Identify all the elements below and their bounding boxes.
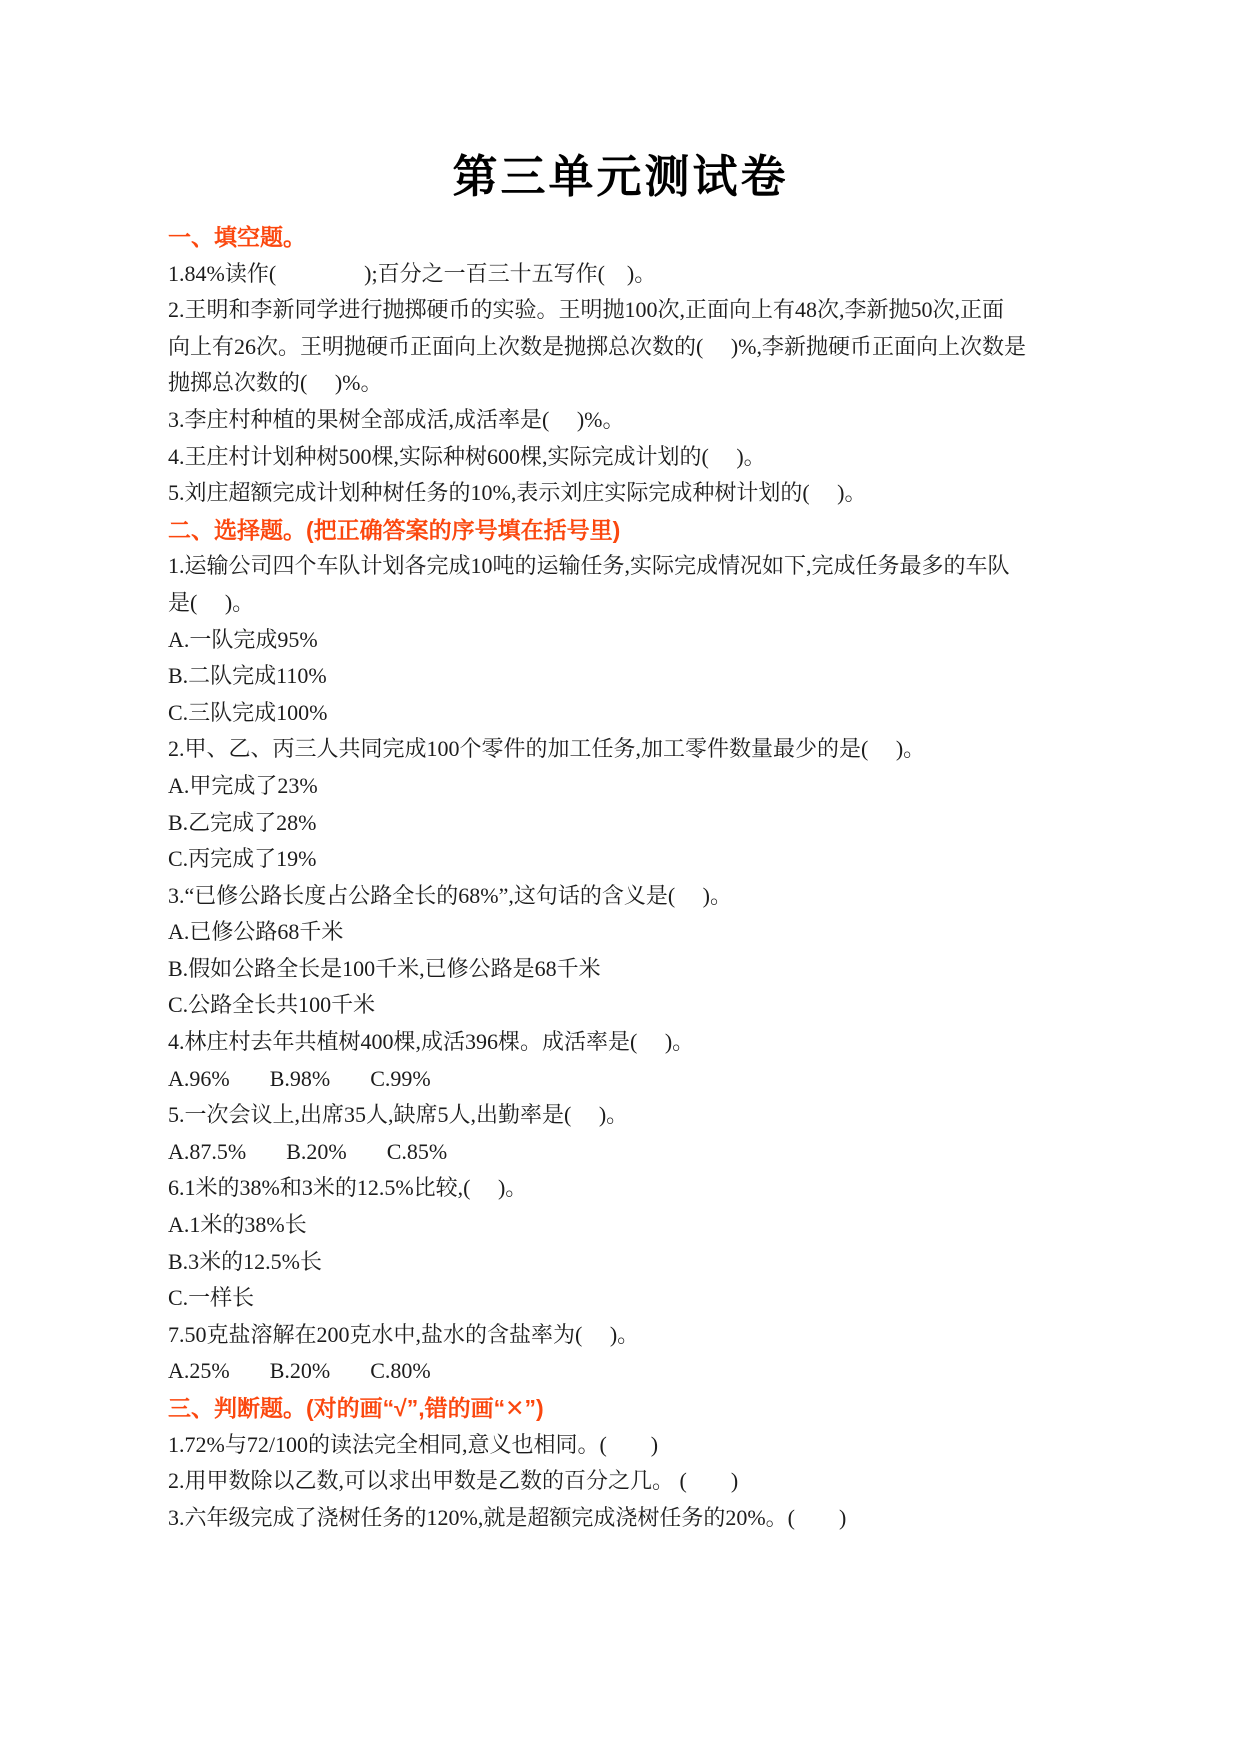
text-line: 4.王庄村计划种树500棵,实际种树600棵,实际完成计划的( )。 <box>168 439 1091 476</box>
options-row: A.87.5%B.20%C.85% <box>168 1134 1091 1171</box>
test-paper-page: 第三单元测试卷 一、填空题。1.84%读作( );百分之一百三十五写作( )。2… <box>0 0 1241 1754</box>
text-line: 1.72%与72/100的读法完全相同,意义也相同。( ) <box>168 1427 1091 1464</box>
page-title: 第三单元测试卷 <box>0 150 1241 203</box>
section-heading: 三、判断题。(对的画“√”,错的画“✕”) <box>168 1390 1091 1427</box>
options-row: A.96%B.98%C.99% <box>168 1061 1091 1098</box>
text-line: B.3米的12.5%长 <box>168 1244 1091 1281</box>
text-line: A.一队完成95% <box>168 622 1091 659</box>
text-line: 抛掷总次数的( )%。 <box>168 365 1091 402</box>
option-item: B.20% <box>286 1134 347 1171</box>
text-line: 2.王明和李新同学进行抛掷硬币的实验。王明抛100次,正面向上有48次,李新抛5… <box>168 292 1091 329</box>
text-line: B.乙完成了28% <box>168 805 1091 842</box>
option-item: B.98% <box>270 1061 331 1098</box>
text-line: A.1米的38%长 <box>168 1207 1091 1244</box>
text-line: 5.一次会议上,出席35人,缺席5人,出勤率是( )。 <box>168 1097 1091 1134</box>
option-item: A.25% <box>168 1353 230 1390</box>
text-line: 3.六年级完成了浇树任务的120%,就是超额完成浇树任务的20%。( ) <box>168 1500 1091 1537</box>
text-line: 7.50克盐溶解在200克水中,盐水的含盐率为( )。 <box>168 1317 1091 1354</box>
text-line: 向上有26次。王明抛硬币正面向上次数是抛掷总次数的( )%,李新抛硬币正面向上次… <box>168 329 1091 366</box>
text-line: 4.林庄村去年共植树400棵,成活396棵。成活率是( )。 <box>168 1024 1091 1061</box>
option-item: A.96% <box>168 1061 230 1098</box>
text-line: 5.刘庄超额完成计划种树任务的10%,表示刘庄实际完成种树计划的( )。 <box>168 475 1091 512</box>
text-line: 是( )。 <box>168 585 1091 622</box>
text-line: B.假如公路全长是100千米,已修公路是68千米 <box>168 951 1091 988</box>
options-row: A.25%B.20%C.80% <box>168 1353 1091 1390</box>
text-line: 3.李庄村种植的果树全部成活,成活率是( )%。 <box>168 402 1091 439</box>
text-line: A.已修公路68千米 <box>168 914 1091 951</box>
text-line: A.甲完成了23% <box>168 768 1091 805</box>
text-line: C.丙完成了19% <box>168 841 1091 878</box>
text-line: B.二队完成110% <box>168 658 1091 695</box>
document-body: 一、填空题。1.84%读作( );百分之一百三十五写作( )。2.王明和李新同学… <box>168 219 1091 1536</box>
option-item: B.20% <box>270 1353 331 1390</box>
option-item: C.85% <box>387 1134 448 1171</box>
text-line: 2.用甲数除以乙数,可以求出甲数是乙数的百分之几。 ( ) <box>168 1463 1091 1500</box>
option-item: C.99% <box>370 1061 431 1098</box>
option-item: A.87.5% <box>168 1134 246 1171</box>
text-line: 1.84%读作( );百分之一百三十五写作( )。 <box>168 256 1091 293</box>
section-heading: 一、填空题。 <box>168 219 1091 256</box>
text-line: C.公路全长共100千米 <box>168 987 1091 1024</box>
section-heading: 二、选择题。(把正确答案的序号填在括号里) <box>168 512 1091 549</box>
text-line: C.一样长 <box>168 1280 1091 1317</box>
text-line: 1.运输公司四个车队计划各完成10吨的运输任务,实际完成情况如下,完成任务最多的… <box>168 548 1091 585</box>
text-line: 2.甲、乙、丙三人共同完成100个零件的加工任务,加工零件数量最少的是( )。 <box>168 731 1091 768</box>
text-line: C.三队完成100% <box>168 695 1091 732</box>
option-item: C.80% <box>370 1353 431 1390</box>
text-line: 3.“已修公路长度占公路全长的68%”,这句话的含义是( )。 <box>168 878 1091 915</box>
text-line: 6.1米的38%和3米的12.5%比较,( )。 <box>168 1170 1091 1207</box>
